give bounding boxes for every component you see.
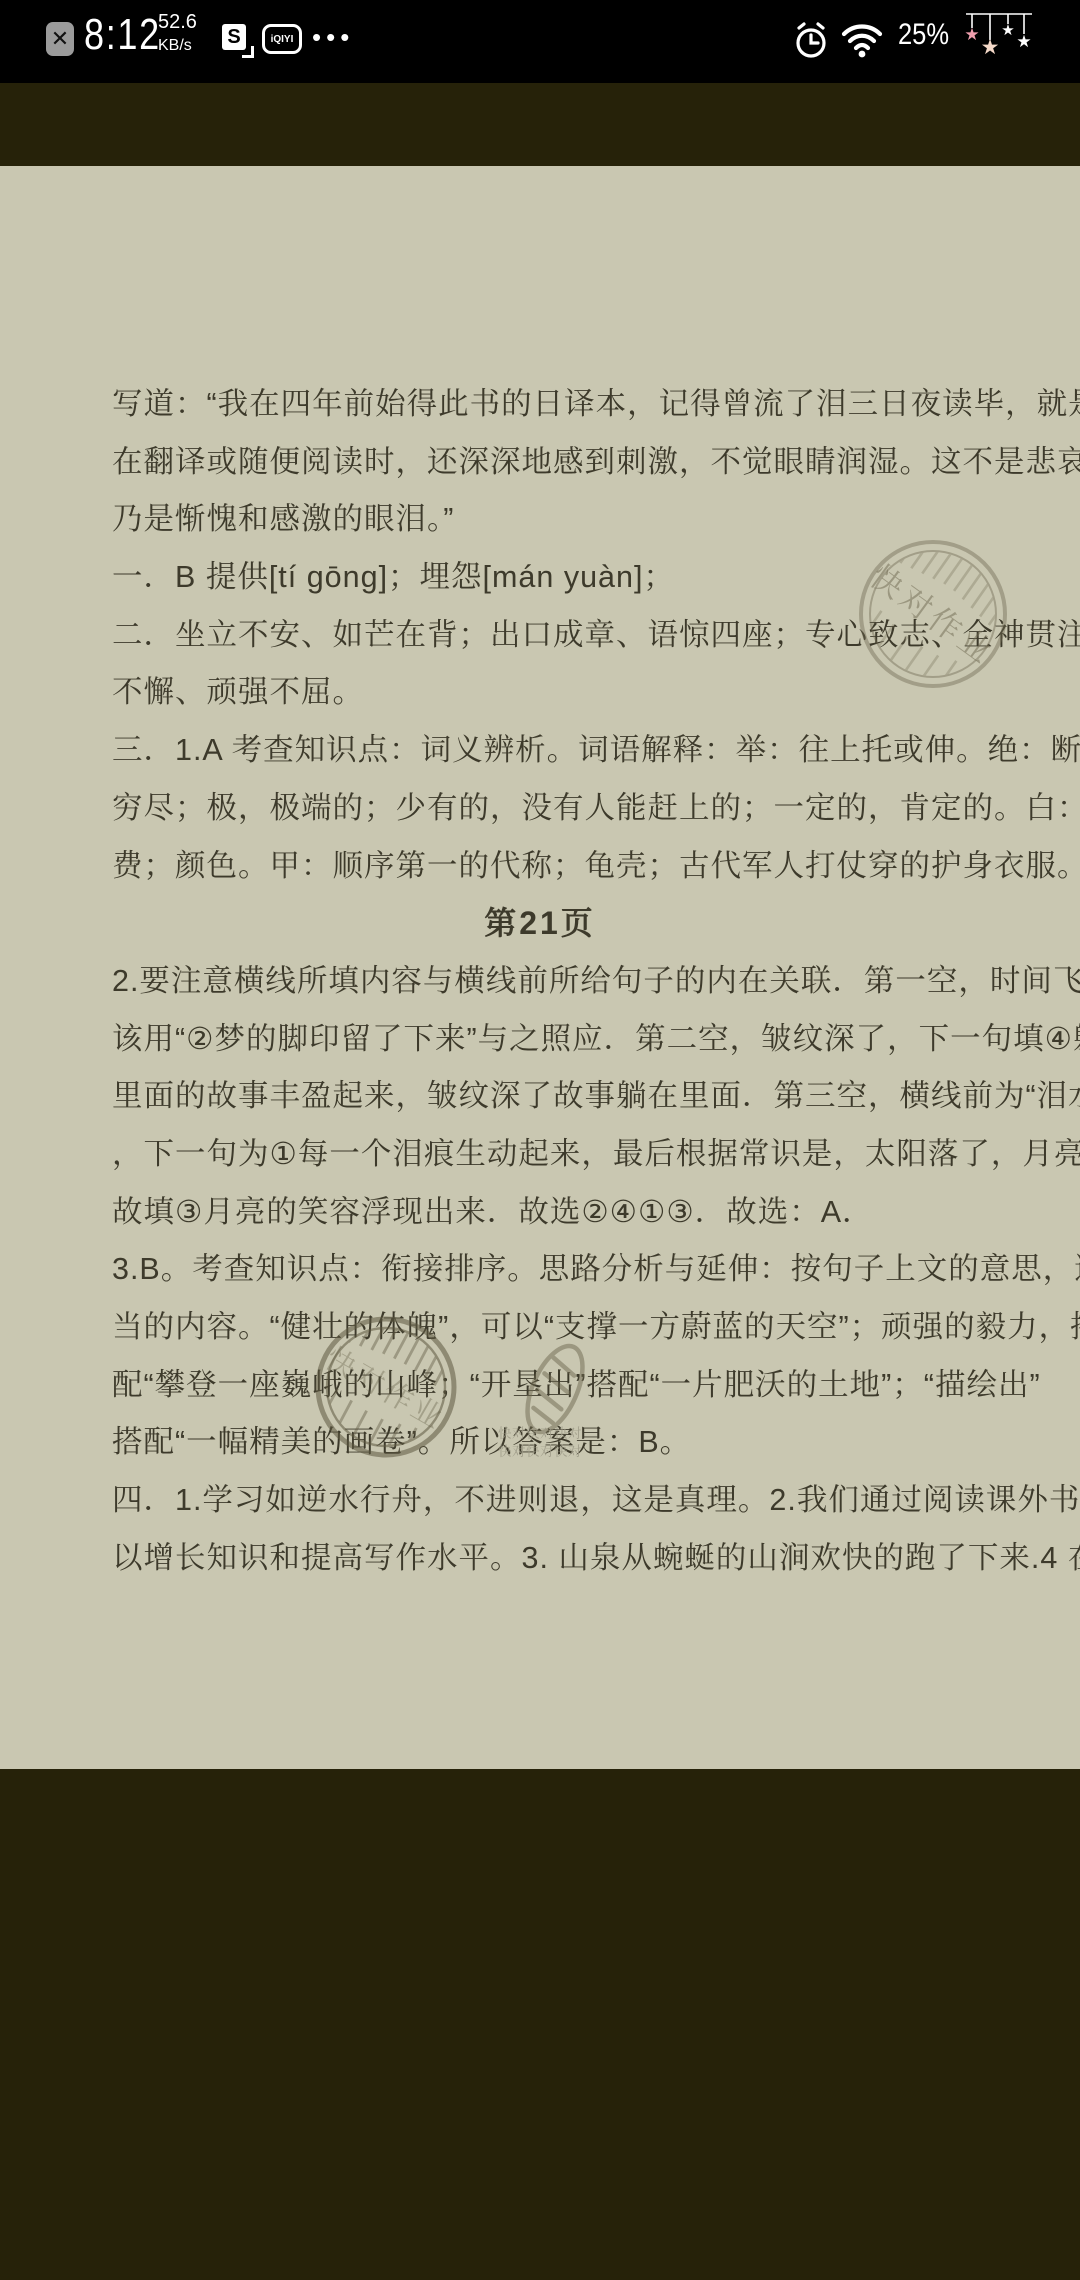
crop-mark-icon <box>242 46 254 58</box>
micro-watermark: 快对快对快对 快对快对快对 <box>498 1425 582 1460</box>
screenshot-notification-icon: S <box>220 20 254 58</box>
iqiyi-notification-icon: iQIYI <box>262 24 302 54</box>
alarm-icon <box>792 20 830 62</box>
answer-line: 二．坐立不安、如芒在背；出口成章、语惊四座；专心致志、全神贯注；坚持 <box>112 607 992 665</box>
phone-screen: ✕ 8:12 52.6 KB/s S iQIYI ••• <box>0 0 1080 2280</box>
answer-lines: 写道：“我在四年前始得此书的日译本，记得曾流了泪三日夜读毕，就是后来在翻译或随便… <box>112 376 992 1587</box>
answer-line: 故填③月亮的笑容浮现出来．故选②④①③．故选：A． <box>112 1184 992 1242</box>
answer-line: 3.B。考查知识点：衔接排序。思路分析与延伸：按句子上文的意思，选择最恰 <box>112 1241 992 1299</box>
answer-line: 一．B 提供[tí gōng]；埋怨[mán yuàn]； <box>112 549 992 607</box>
svg-text:★: ★ <box>981 36 1000 59</box>
svg-text:★: ★ <box>1001 22 1014 39</box>
battery-percent: 25% <box>898 18 949 52</box>
answer-line: 穷尽；极，极端的；少有的，没有人能赶上的；一定的，肯定的。白：说；免 <box>112 780 992 838</box>
answer-line: 不懈、顽强不屈。 <box>112 664 992 722</box>
status-clock: 8:12 <box>84 10 161 60</box>
answer-line: 配“攀登一座巍峨的山峰；“开垦出”搭配“一片肥沃的土地”；“描绘出” <box>112 1357 992 1415</box>
micro-watermark-line: 快对快对快对 <box>498 1425 582 1443</box>
answer-line: 在翻译或随便阅读时，还深深地感到刺激，不觉眼睛润湿。这不是悲哀的眼泪， <box>112 434 992 492</box>
micro-watermark-line: 快对快对快对 <box>498 1443 582 1461</box>
answer-line: 里面的故事丰盈起来，皱纹深了故事躺在里面．第三空，横线前为“泪水干了” <box>112 1068 992 1126</box>
network-speed: 52.6 KB/s <box>158 12 197 54</box>
svg-text:★: ★ <box>1016 32 1031 51</box>
status-bar: ✕ 8:12 52.6 KB/s S iQIYI ••• <box>0 0 1080 83</box>
network-speed-value: 52.6 <box>158 12 197 32</box>
answer-line: ，下一句为①每一个泪痕生动起来，最后根据常识是，太阳落了，月亮升起来， <box>112 1126 992 1184</box>
battery-stars-icon: ★ ★ ★ ★ <box>960 10 1040 64</box>
more-notifications-icon: ••• <box>312 22 354 53</box>
answer-line: 当的内容。“健壮的体魄”，可以“支撑一方蔚蓝的天空”；顽强的毅力，搭 <box>112 1299 992 1357</box>
page-number-heading: 第21页 <box>112 895 968 953</box>
answer-line: 乃是惭愧和感激的眼泪。” <box>112 491 992 549</box>
answer-line: 四．1.学习如逆水行舟，不进则退，这是真理。2.我们通过阅读课外书籍，可 <box>112 1472 992 1530</box>
answer-line: 该用“②梦的脚印留了下来”与之照应．第二空，皱纹深了，下一句填④躺在 <box>112 1011 992 1069</box>
no-sim-icon: ✕ <box>46 22 74 56</box>
answer-line: 三．1.A 考查知识点：词义辨析。词语解释：举：往上托或伸。绝：断，尽， <box>112 722 992 780</box>
answer-line: 写道：“我在四年前始得此书的日译本，记得曾流了泪三日夜读毕，就是后来 <box>112 376 992 434</box>
answer-line: 2.要注意横线所填内容与横线前所给句子的内在关联．第一空，时间飞了，应 <box>112 953 992 1011</box>
answer-page-photo[interactable]: 写道：“我在四年前始得此书的日译本，记得曾流了泪三日夜读毕，就是后来在翻译或随便… <box>0 166 1080 1769</box>
answer-line: 费；颜色。甲：顺序第一的代称；龟壳；古代军人打仗穿的护身衣服。 <box>112 838 992 896</box>
answer-line: 以增长知识和提高写作水平。3. 山泉从蜿蜒的山涧欢快的跑了下来.4 在璀璨的 <box>112 1530 992 1588</box>
wifi-icon <box>838 20 886 60</box>
network-speed-unit: KB/s <box>158 38 197 54</box>
svg-text:★: ★ <box>964 25 979 44</box>
